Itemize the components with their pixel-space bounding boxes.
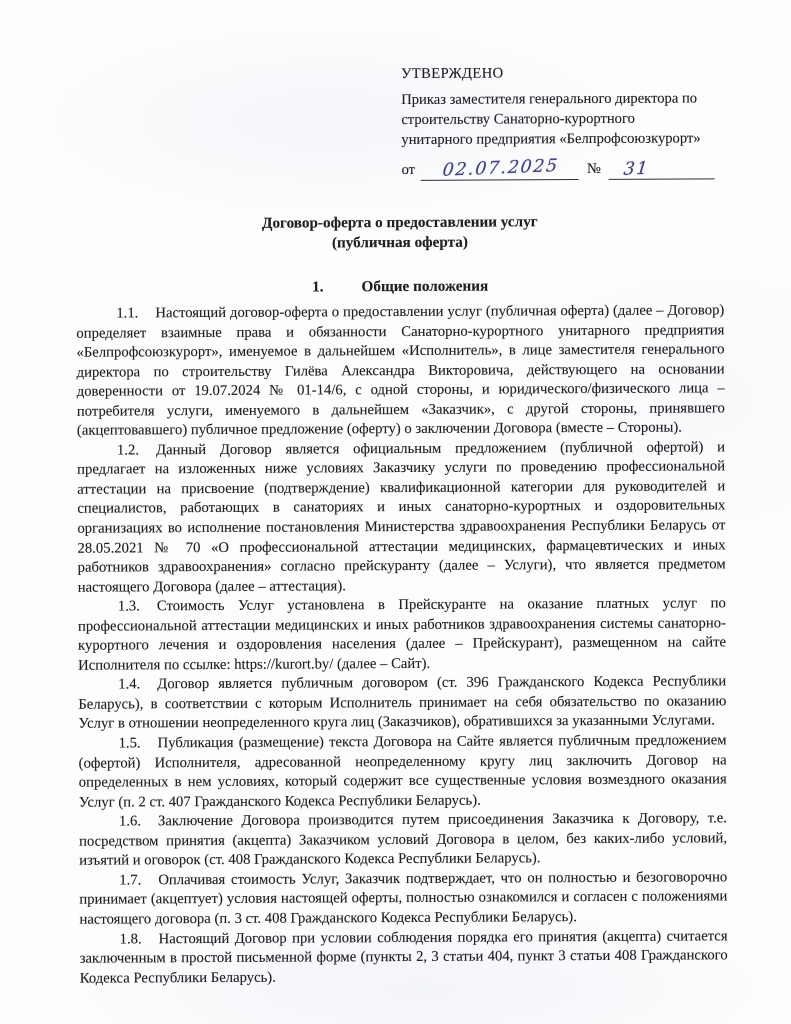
paragraph-1-8-number: 1.8. bbox=[120, 931, 142, 947]
number-sign: № bbox=[587, 159, 601, 180]
paragraph-1-4-text: Договор является публичным договором (ст… bbox=[78, 674, 726, 732]
paragraph-1-7-text: Оплачивая стоимость Услуг, Заказчик подт… bbox=[79, 869, 727, 927]
paragraph-1-5-number: 1.5. bbox=[119, 735, 141, 751]
body-text: 1.1.Настоящий договор-оферта о предостав… bbox=[76, 301, 728, 989]
paragraph-1-1: 1.1.Настоящий договор-оферта о предостав… bbox=[76, 301, 725, 441]
paragraph-1-7-number: 1.7. bbox=[119, 872, 141, 888]
paragraph-1-3-number: 1.3. bbox=[118, 599, 140, 615]
section-1-number: 1. bbox=[312, 278, 323, 295]
paragraph-1-6: 1.6.Заключение Договора производится пут… bbox=[79, 810, 727, 872]
paragraph-1-6-number: 1.6. bbox=[119, 814, 141, 830]
date-blank-line: 02.07.2025 bbox=[421, 158, 579, 181]
document-title: Договор-оферта о предоставлении услуг (п… bbox=[76, 211, 724, 253]
paragraph-1-5-text: Публикация (размещение) текста Договора … bbox=[79, 732, 727, 810]
paragraph-1-1-text: Настоящий договор-оферта о предоставлени… bbox=[76, 302, 724, 439]
from-label: от bbox=[402, 160, 416, 181]
approval-order-line-3: унитарного предприятия «Белпрофсоюзкурор… bbox=[401, 128, 733, 150]
paragraph-1-1-number: 1.1. bbox=[116, 305, 138, 321]
paragraph-1-8-text: Настоящий Договор при условии соблюдения… bbox=[80, 928, 728, 986]
approval-stamp: УТВЕРЖДЕНО bbox=[401, 62, 733, 84]
paragraph-1-2-number: 1.2. bbox=[117, 442, 139, 458]
scanned-document-page: УТВЕРЖДЕНО Приказ заместителя генерально… bbox=[0, 0, 791, 1024]
paragraph-1-4: 1.4.Договор является публичным договором… bbox=[78, 673, 726, 735]
approval-order-line-1: Приказ заместителя генерального директор… bbox=[401, 88, 733, 110]
number-blank-line: 31 bbox=[609, 157, 715, 180]
paragraph-1-8: 1.8.Настоящий Договор при условии соблюд… bbox=[80, 927, 728, 989]
approval-date-row: от 02.07.2025 № 31 bbox=[401, 153, 733, 181]
paragraph-1-4-number: 1.4. bbox=[118, 677, 140, 693]
section-1-title: Общие положения bbox=[361, 278, 488, 296]
paragraph-1-3: 1.3.Стоимость Услуг установлена в Прейск… bbox=[78, 594, 726, 676]
paragraph-1-2-text: Данный Договор является официальным пред… bbox=[77, 439, 726, 595]
section-1-heading: 1.Общие положения bbox=[76, 275, 724, 297]
paragraph-1-6-text: Заключение Договора производится путем п… bbox=[79, 811, 727, 869]
approval-block: УТВЕРЖДЕНО Приказ заместителя генерально… bbox=[401, 62, 734, 181]
paragraph-1-5: 1.5.Публикация (размещение) текста Догов… bbox=[79, 731, 727, 813]
document-content: УТВЕРЖДЕНО Приказ заместителя генерально… bbox=[75, 62, 728, 989]
document-title-line-2: (публичная оферта) bbox=[76, 231, 724, 254]
paragraph-1-3-text: Стоимость Услуг установлена в Прейскуран… bbox=[78, 595, 726, 673]
paragraph-1-2: 1.2.Данный Договор является официальным … bbox=[77, 438, 726, 598]
handwritten-date: 02.07.2025 bbox=[442, 156, 560, 181]
approval-order-line-2: строительству Санаторно-курортного bbox=[401, 108, 733, 130]
paragraph-1-7: 1.7.Оплачивая стоимость Услуг, Заказчик … bbox=[79, 868, 727, 930]
handwritten-number: 31 bbox=[623, 159, 650, 180]
